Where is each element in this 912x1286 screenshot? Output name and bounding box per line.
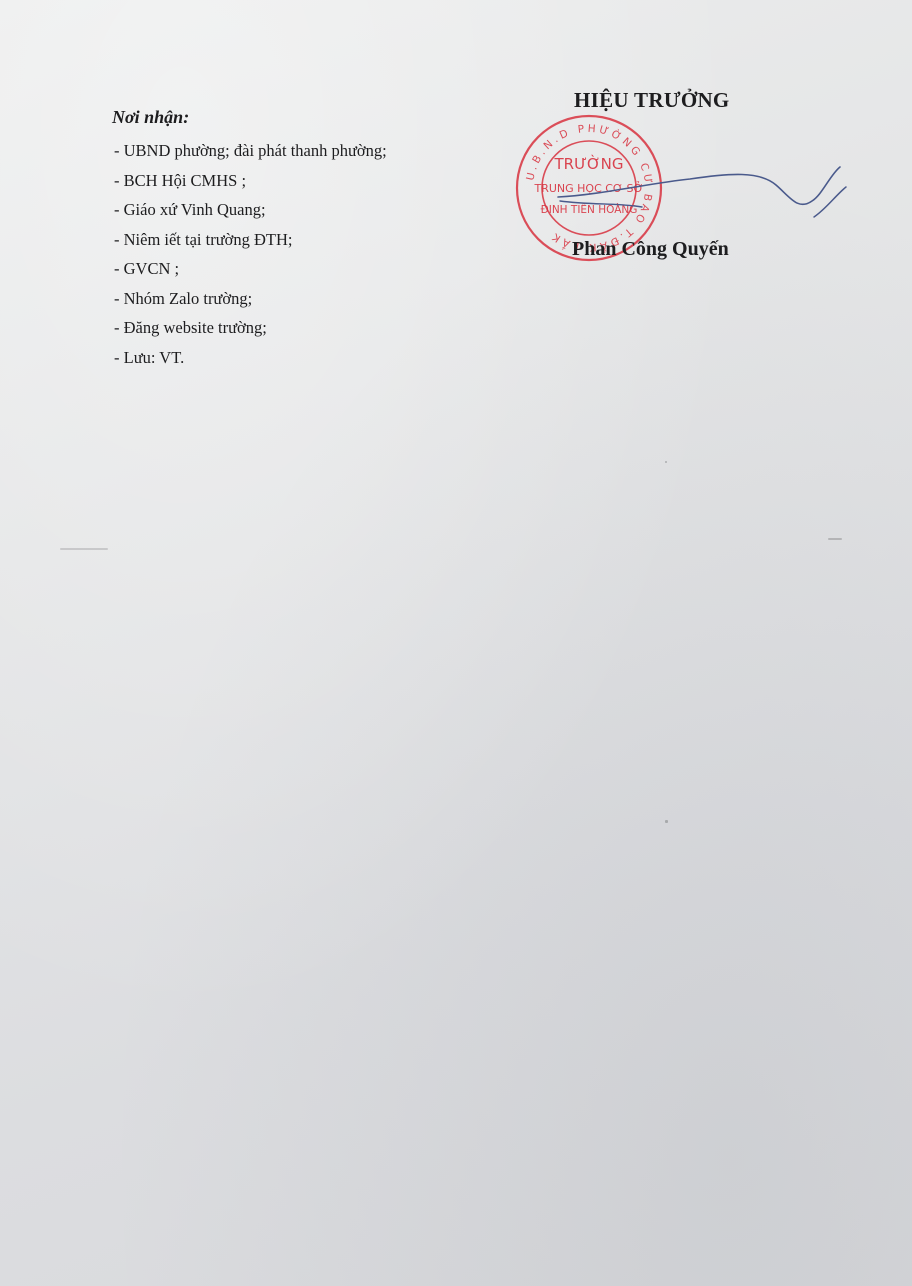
paper-mark [665, 461, 667, 463]
paper-mark [828, 538, 842, 540]
recipient-item: - Niêm iết tại trường ĐTH; [114, 225, 387, 255]
handwritten-signature-icon [540, 155, 860, 235]
signer-title: HIỆU TRƯỞNG [574, 88, 730, 113]
recipients-title: Nơi nhận: [112, 107, 387, 128]
paper-mark [665, 820, 668, 823]
recipient-item: - Giáo xứ Vinh Quang; [114, 195, 387, 225]
signer-name: Phan Công Quyến [572, 238, 729, 261]
recipient-item: - Nhóm Zalo trường; [114, 284, 387, 314]
recipient-item: - GVCN ; [114, 254, 387, 284]
recipient-item: - BCH Hội CMHS ; [114, 166, 387, 196]
recipients-block: Nơi nhận: - UBND phường; đài phát thanh … [112, 107, 387, 372]
recipient-item: - Đăng website trường; [114, 313, 387, 343]
recipient-item: - Lưu: VT. [114, 343, 387, 373]
recipient-item: - UBND phường; đài phát thanh phường; [114, 136, 387, 166]
paper-mark [60, 548, 108, 550]
